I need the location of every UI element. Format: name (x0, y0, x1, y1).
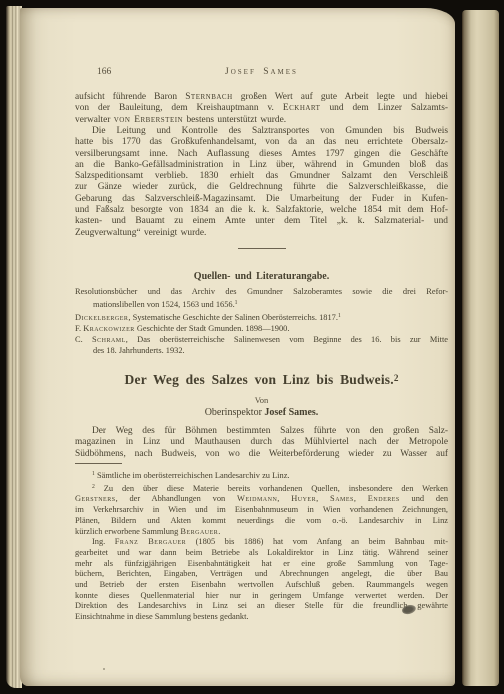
text-line: Gerstners, der Abhandlungen von Weidmann… (75, 494, 448, 505)
text-line: Direktion des Landesarchivs in Linz sei … (75, 601, 448, 612)
text-line: im Verkehrsarchiv in Wien und im Eisenba… (75, 505, 448, 516)
text-line: büchern, Berichten, Eingaben, Verträgen … (75, 569, 448, 580)
article-title: Der Weg des Salzes von Linz bis Budweis.… (75, 372, 448, 388)
text-line: hatte bis 1770 das Großkufenhandelsamt, … (75, 137, 448, 148)
text-line: magazinen in Linz und Mauthausen durch d… (75, 437, 448, 448)
article-first-paragraph: Der Weg des für Böhmen bestimmten Salzes… (75, 426, 448, 460)
text-line: mationslibellen von 1524, 1563 und 1656.… (75, 298, 448, 311)
page-header: 166 Josef Sames (75, 67, 448, 77)
text-line: Gebarung das Salzverschleiß-Magazinsamt.… (75, 194, 448, 205)
next-page-edge (462, 10, 499, 686)
text-line: kürzlich erworbene Sammlung Bergauer. (75, 527, 448, 538)
text-line: konnte dieses Quellenmaterial hier nur i… (75, 591, 448, 602)
text-line: zur Gänze wieder zurück, die Geldrechnun… (75, 182, 448, 193)
running-header: Josef Sames (75, 67, 448, 77)
text-line: Einsichtnahme in diese Sammlung bestens … (75, 612, 448, 623)
text-line: gearbeitet und war dann beim Betriebe al… (75, 548, 448, 559)
text-line: F. Krackowizer Geschichte der Stadt Gmun… (75, 324, 448, 335)
author-name: Josef Sames. (264, 407, 318, 418)
text-line: 1 Sämtliche im oberösterreichischen Land… (75, 469, 448, 482)
text-line: von der Bauleitung, dem Kreishauptmann v… (75, 103, 448, 114)
paragraph-salt-administration: Die Leitung und Kontrolle des Salztransp… (75, 126, 448, 239)
text-line: 2 Zu den über diese Materie bereits vorh… (75, 482, 448, 495)
text-line: an die Banko-Gefällsadministration in Li… (75, 160, 448, 171)
text-line: Resolutionsbücher und das Archiv des Gmu… (75, 287, 448, 298)
text-line: Südböhmens, nach Budweis, von wo die Wei… (75, 449, 448, 460)
text-line: Plänen, Bildern und Akten kommt neuerdin… (75, 516, 448, 527)
title-footnote-marker: 2 (394, 373, 399, 383)
text-line: und Betrieb der ersten Eisenbahn wertvol… (75, 580, 448, 591)
text-line: kasten- und Bauamt zu einem Amte unter d… (75, 216, 448, 227)
footnote-separator-rule (75, 463, 122, 464)
article-title-text: Der Weg des Salzes von Linz bis Budweis. (125, 372, 394, 387)
text-line: Dickelberger, Systematische Geschichte d… (75, 311, 448, 324)
text-line: des 18. Jahrhunderts. 1932. (75, 346, 448, 357)
text-line: C. Schraml, Das oberösterreichische Sali… (75, 335, 448, 346)
footnotes-block: 1 Sämtliche im oberösterreichischen Land… (75, 469, 448, 623)
text-line: Zeugverwaltung“ vereinigt wurde. (75, 228, 448, 239)
text-line: Die Leitung und Kontrolle des Salztransp… (75, 126, 448, 137)
text-line: und Faßsalz besorgte von 1834 an die k. … (75, 205, 448, 216)
paragraph-continuation: aufsicht führende Baron Sternbach großen… (75, 92, 448, 126)
scanned-book-photo: 166 Josef Sames aufsicht führende Baron … (0, 0, 504, 694)
paper-speck (103, 668, 105, 670)
text-line: Der Weg des für Böhmen bestimmten Salzes… (75, 426, 448, 437)
bibliography-list: Resolutionsbücher und das Archiv des Gmu… (75, 287, 448, 356)
page-number: 166 (97, 67, 111, 77)
sources-heading: Quellen- und Literaturangabe. (75, 271, 448, 282)
text-line: mehr als fünfzigjährigen Eisenbahntätigk… (75, 559, 448, 570)
author-role: Oberinspektor (205, 407, 265, 418)
byline-prefix: Von (75, 395, 448, 405)
byline-author: Oberinspektor Josef Sames. (75, 407, 448, 418)
text-line: Ing. Franz Bergauer (1805 bis 1886) hat … (75, 537, 448, 548)
book-page: 166 Josef Sames aufsicht führende Baron … (20, 8, 455, 686)
text-line: Salzspeditionsamt verblieb. 1830 erhielt… (75, 171, 448, 182)
text-line: versilberungsamt inne. Nach Auflassung d… (75, 149, 448, 160)
text-line: verwalter von Erberstein bestens unterst… (75, 115, 448, 126)
section-divider-rule (238, 248, 286, 249)
text-line: aufsicht führende Baron Sternbach großen… (75, 92, 448, 103)
